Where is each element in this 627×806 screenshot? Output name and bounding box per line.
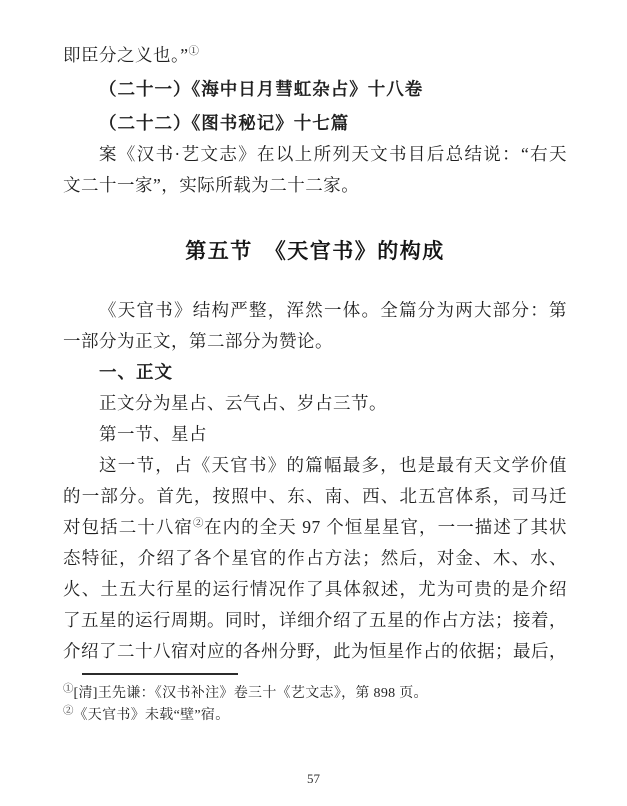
body-text-line: 一部分为正文，第二部分为赞论。 bbox=[63, 326, 567, 357]
paragraph-continuation-line: 即臣分之义也。”① bbox=[63, 40, 567, 71]
body-text-line: 正文分为星占、云气占、岁占三节。 bbox=[63, 388, 567, 419]
body-text-line: 了五星的运行周期。同时，详细介绍了五星的作占方法；接着， bbox=[63, 605, 567, 636]
body-text-line: 火、土五大行星的运行情况作了具体叙述，尤为可贵的是介绍 bbox=[63, 574, 567, 605]
footnote-ref-1: ① bbox=[189, 46, 200, 57]
subsection-heading: 一、正文 bbox=[63, 357, 567, 388]
footnote-ref-2: ② bbox=[193, 518, 204, 529]
body-text-line: 《天官书》结构严整，浑然一体。全篇分为两大部分：第 bbox=[63, 295, 567, 326]
body-text-line: 介绍了二十八宿对应的各州分野，此为恒星作占的依据；最后， bbox=[63, 636, 567, 667]
page-number: 57 bbox=[0, 771, 627, 787]
body-text: 即臣分之义也。” bbox=[63, 45, 189, 65]
footnote-2-mark: ② bbox=[63, 705, 74, 716]
body-text-line: 的一部分。首先，按照中、东、南、西、北五宫体系，司马迁 bbox=[63, 481, 567, 512]
footnote-1-text: [清]王先谦：《汉书补注》卷三十《艺文志》，第 898 页。 bbox=[74, 686, 428, 701]
bibliography-item-22: （二十二）《图书秘记》十七篇 bbox=[63, 108, 567, 139]
bibliography-item-21: （二十一）《海中日月彗虹杂占》十八卷 bbox=[63, 74, 567, 105]
section-heading: 第五节 《天官书》的构成 bbox=[63, 235, 567, 269]
body-text-line: 这一节，占《天官书》的篇幅最多，也是最有天文学价值 bbox=[63, 450, 567, 481]
footnote-1-mark: ① bbox=[63, 683, 74, 694]
body-text-line: 对包括二十八宿②在内的全天 97 个恒星星官，一一描述了其状 bbox=[63, 512, 567, 543]
footnote-1: ①[清]王先谦：《汉书补注》卷三十《艺文志》，第 898 页。 bbox=[63, 683, 567, 705]
footnote-divider bbox=[82, 673, 238, 675]
footnote-2-text: 《天官书》未载“壁”宿。 bbox=[74, 708, 230, 723]
body-text-line: 文二十一家”，实际所载为二十二家。 bbox=[63, 170, 567, 201]
document-page: 即臣分之义也。”① （二十一）《海中日月彗虹杂占》十八卷 （二十二）《图书秘记》… bbox=[0, 0, 627, 806]
body-text-line: 案《汉书·艺文志》在以上所列天文书目后总结说：“右天 bbox=[63, 139, 567, 170]
footnotes-section: ①[清]王先谦：《汉书补注》卷三十《艺文志》，第 898 页。 ②《天官书》未载… bbox=[63, 673, 567, 727]
body-text-line: 第一节、星占 bbox=[63, 419, 567, 450]
body-text: 对包括二十八宿 bbox=[63, 517, 193, 537]
footnote-2: ②《天官书》未载“壁”宿。 bbox=[63, 705, 567, 727]
body-text: 在内的全天 97 个恒星星官，一一描述了其状 bbox=[204, 517, 567, 537]
body-text-line: 态特征，介绍了各个星官的作占方法；然后，对金、木、水、 bbox=[63, 543, 567, 574]
page-body: 即臣分之义也。”① （二十一）《海中日月彗虹杂占》十八卷 （二十二）《图书秘记》… bbox=[63, 40, 567, 727]
